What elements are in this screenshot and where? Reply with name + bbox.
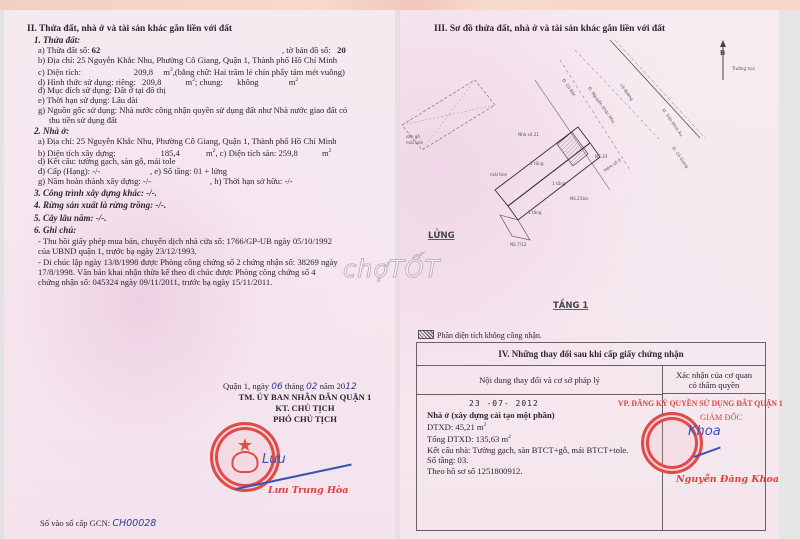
- entry-date-stamp: 23 -07- 2012: [469, 399, 628, 410]
- registry-number: CH00028: [112, 518, 156, 529]
- land-term: e) Thời hạn sử dụng: Lâu dài: [38, 95, 138, 105]
- svg-text:LỬNG: LỬNG: [428, 228, 455, 241]
- entry-heading: Nhà ở (xây dựng cải tạo một phần): [427, 410, 555, 420]
- change-entry: 23 -07- 2012 Nhà ở (xây dựng cải tạo một…: [427, 399, 628, 476]
- house-ownership-term: , h) Thời hạn sở hữu: -/-: [210, 176, 293, 186]
- north-arrow-icon: B: [720, 40, 726, 80]
- hatch-legend: Phần diện tích không công nhận.: [418, 330, 542, 340]
- official-seal-right: [641, 412, 703, 474]
- svg-text:Hẻm số 0: Hẻm số 0: [603, 157, 622, 173]
- svg-text:1 tầng: 1 tầng: [552, 181, 566, 186]
- svg-text:Đ. Trần Đình Xu: Đ. Trần Đình Xu: [661, 108, 684, 138]
- map-sheet-label: , tờ bản đồ số:: [282, 45, 331, 55]
- land-heading: 1. Thửa đất:: [34, 35, 80, 45]
- land-origin-line1: g) Nguồn gốc sử dụng: Nhà nước công nhận…: [38, 105, 347, 115]
- signer-name-left: Lưu Trung Hòa: [268, 485, 348, 496]
- registration-office: VP. ĐĂNG KÝ QUYỀN SỬ DỤNG ĐẤT QUẬN 1: [618, 399, 783, 408]
- signature-left: Lưu: [262, 452, 286, 467]
- parcel-label: a) Thửa đất số:: [38, 45, 90, 55]
- changes-table-title: IV. Những thay đổi sau khi cấp giấy chứn…: [417, 343, 765, 366]
- svg-text:1 tầng: 1 tầng: [528, 210, 542, 215]
- house-address: a) Địa chỉ: 25 Nguyễn Khắc Nhu, Phường C…: [38, 136, 337, 146]
- entry-dtxd: DTXD: 45,21 m: [427, 422, 484, 432]
- section-iii-title: III. Sơ đồ thửa đất, nhà ở và tài sản kh…: [434, 24, 665, 34]
- place-date-prefix: Quận 1, ngày: [223, 381, 269, 391]
- perennial-trees: 5. Cây lâu năm: -/-.: [34, 213, 107, 223]
- svg-text:TẦNG 1: TẦNG 1: [553, 298, 588, 311]
- col-header-confirm: Xác nhận của cơ quan có thẩm quyền: [663, 366, 765, 394]
- svg-text:Đ. Cô Bắc: Đ. Cô Bắc: [561, 78, 577, 98]
- signer-name-right: Nguyễn Đăng Khoa: [676, 474, 779, 485]
- svg-text:mái tole: mái tole: [490, 172, 508, 177]
- notes-list: - Thu hồi giấy phép mua bán, chuyển dịch…: [38, 236, 338, 287]
- svg-text:mái tole: mái tole: [406, 140, 424, 145]
- on-behalf: KT. CHỦ TỊCH: [215, 403, 395, 413]
- month-label: tháng: [285, 381, 304, 391]
- svg-text:Trường học: Trường học: [731, 66, 756, 71]
- land-address: b) Địa chỉ: 25 Nguyễn Khắc Nhu, Phường C…: [38, 55, 337, 65]
- note-item: - Thu hồi giấy phép mua bán, chuyển dịch…: [38, 236, 338, 257]
- year-handwritten: 12: [345, 382, 356, 392]
- svg-text:NS.21bis: NS.21bis: [570, 196, 588, 201]
- floor-area-label: , c) Diện tích sàn:: [215, 148, 276, 158]
- house-floors: , e) Số tầng: 01 + lửng: [150, 166, 227, 176]
- emblem-icon: [231, 451, 258, 473]
- place-date: Quận 1, ngày 06 tháng 02 năm 2012: [223, 381, 357, 392]
- house-structure: d) Kết cấu: tường gạch, sàn gỗ, mái tole: [38, 156, 176, 166]
- floor-area: 259,8: [278, 148, 297, 158]
- house-completion: g) Năm hoàn thành xây dựng: -/-: [38, 176, 151, 186]
- land-origin-line2: thu tiền sử dụng đất: [49, 115, 117, 125]
- map-sheet-number: 20: [337, 45, 346, 55]
- hatch-swatch-icon: [418, 330, 434, 339]
- day-handwritten: 06: [271, 382, 282, 392]
- entry-total-dtxd: Tổng DTXD: 135,63 m: [427, 434, 508, 444]
- svg-text:NS.7/12: NS.7/12: [510, 242, 527, 247]
- entry-file-no: Theo hồ sơ số 1251800912.: [427, 466, 628, 477]
- signature-right: Khoa: [688, 424, 721, 439]
- svg-text:1 tầng: 1 tầng: [530, 161, 544, 166]
- note-item: - Di chúc lập ngày 13/8/1998 được Phòng …: [38, 257, 338, 288]
- scan-top-edge: [0, 0, 800, 10]
- notes-heading: 6. Ghi chú:: [34, 225, 76, 235]
- svg-text:Đ. Nguyễn Khắc Nhu: Đ. Nguyễn Khắc Nhu: [587, 86, 616, 125]
- registry-label: Số vào sổ cấp GCN:: [40, 518, 110, 528]
- svg-text:NS.23: NS.23: [595, 154, 608, 159]
- registry-line: Số vào sổ cấp GCN: CH00028: [40, 518, 156, 529]
- usage-shared: không: [237, 77, 258, 87]
- authority: TM. ỦY BAN NHÂN DÂN QUẬN 1: [215, 392, 395, 402]
- parcel-number: 62: [92, 45, 101, 55]
- scan-right-margin: [779, 10, 800, 539]
- section-ii-title: II. Thửa đất, nhà ở và tài sản khác gắn …: [27, 24, 232, 34]
- house-heading: 2. Nhà ở:: [34, 126, 69, 136]
- director-title: GIÁM ĐỐC: [700, 413, 742, 422]
- production-forest: 4. Rừng sản xuất là rừng trồng: -/-.: [34, 200, 166, 210]
- other-construction: 3. Công trình xây dựng khác: -/-.: [34, 188, 157, 198]
- svg-text:sàn gỗ: sàn gỗ: [406, 134, 420, 139]
- col-confirm-line1: Xác nhận của cơ quan: [663, 370, 765, 380]
- col-header-content: Nội dung thay đổi và cơ sở pháp lý: [417, 366, 662, 395]
- svg-text:Nhà số 21: Nhà số 21: [518, 132, 539, 137]
- entry-structure: Kết cấu nhà: Tường gạch, sàn BTCT+gỗ, má…: [427, 445, 628, 456]
- year-label: năm 20: [320, 381, 346, 391]
- svg-text:B: B: [720, 49, 725, 57]
- land-purpose: đ) Mục đích sử dụng: Đất ở tại đô thị: [38, 85, 166, 95]
- svg-text:Đ. Cô Giang: Đ. Cô Giang: [671, 146, 690, 170]
- usage-shared-label: ; chung:: [195, 77, 223, 87]
- map-sheet-line: , tờ bản đồ số: 20: [282, 45, 346, 55]
- site-plan-diagram: B Trường học Đ. Cô Bắc Đ. Nguyễn Khắc Nh…: [400, 40, 780, 320]
- hatch-legend-text: Phần diện tích không công nhận.: [437, 331, 542, 340]
- month-handwritten: 02: [306, 382, 317, 392]
- col-confirm-line2: có thẩm quyền: [663, 380, 765, 390]
- parcel-number-line: a) Thửa đất số: 62: [38, 45, 100, 55]
- house-grade: đ) Cấp (Hạng): -/-: [38, 166, 100, 176]
- entry-floors: Số tầng: 03.: [427, 455, 628, 466]
